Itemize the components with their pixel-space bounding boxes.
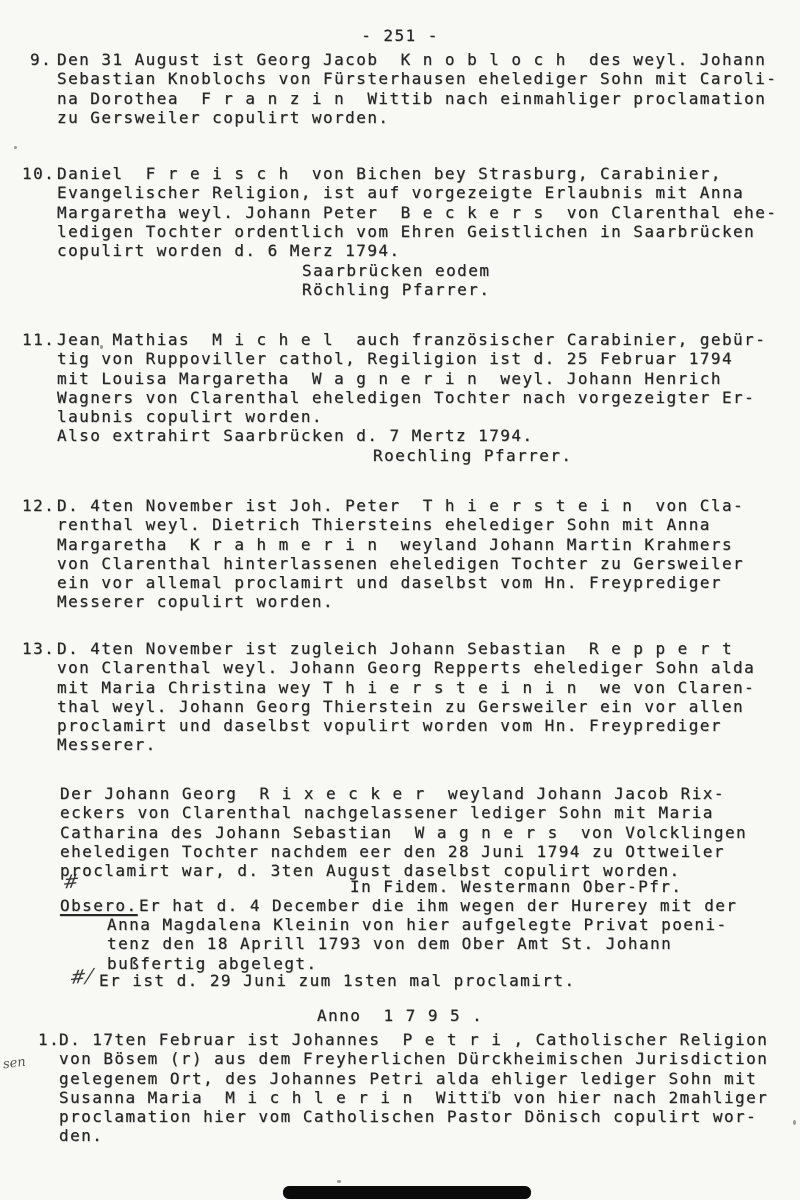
entry-9-body: Den 31 August ist Georg Jacob K n o b l … bbox=[57, 50, 777, 127]
entry-1795-1-body: D. 17ten Februar ist Johannes P e t r i … bbox=[59, 1030, 768, 1146]
scan-speck bbox=[793, 1120, 796, 1125]
entry-10-number: 10. bbox=[22, 164, 55, 183]
entry-13-body: D. 4ten November ist zugleich Johann Seb… bbox=[57, 639, 755, 755]
entry-1795-1-number: 1. bbox=[38, 1030, 60, 1049]
obsero-proclamation-note: Er ist d. 29 Juni zum 1sten mal proclami… bbox=[99, 971, 576, 990]
entry-10-signature-pastor: Röchling Pfarrer. bbox=[302, 280, 490, 299]
document-page: - 251 - 9. Den 31 August ist Georg Jacob… bbox=[0, 0, 800, 1200]
entry-12-body: D. 4ten November ist Joh. Peter T h i e … bbox=[57, 496, 744, 612]
anno-1795-heading: Anno 1 7 9 5 . bbox=[317, 1006, 483, 1025]
handwritten-margin-note: sen bbox=[2, 1055, 26, 1073]
page-number-header: - 251 - bbox=[0, 26, 800, 45]
entry-rixecker-body: Der Johann Georg R i x e c k e r weyland… bbox=[60, 784, 747, 880]
entry-11-number: 11. bbox=[22, 330, 55, 349]
entry-11-signature-pastor: Roechling Pfarrer. bbox=[373, 446, 573, 465]
obsero-continuation: Anna Magdalena Kleinin von hier aufgeleg… bbox=[107, 915, 728, 973]
handwritten-hash-mark-icon: # bbox=[61, 870, 80, 894]
handwritten-hash-mark-icon: #/ bbox=[68, 965, 94, 989]
scan-speck bbox=[488, 1091, 491, 1094]
entry-12-number: 12. bbox=[22, 496, 55, 515]
entry-rixecker-signature: In Fidem. Westermann Ober-Pfr. bbox=[350, 877, 682, 896]
scan-speck bbox=[337, 1180, 341, 1183]
scan-speck bbox=[14, 146, 17, 149]
scan-speck bbox=[100, 345, 103, 349]
entry-10-signature-place: Saarbrücken eodem bbox=[302, 261, 490, 280]
obsero-first-line: Er hat d. 4 December die ihm wegen der H… bbox=[139, 896, 737, 915]
obsero-label: Obsero. bbox=[60, 896, 138, 915]
entry-11-body: Jean Mathias M i c h e l auch französisc… bbox=[57, 330, 766, 446]
entry-9-number: 9. bbox=[30, 50, 52, 69]
entry-10-body: Daniel F r e i s c h von Bichen bey Stra… bbox=[57, 164, 777, 260]
entry-13-number: 13. bbox=[22, 639, 55, 658]
scan-edge-bar-artifact bbox=[283, 1186, 531, 1199]
